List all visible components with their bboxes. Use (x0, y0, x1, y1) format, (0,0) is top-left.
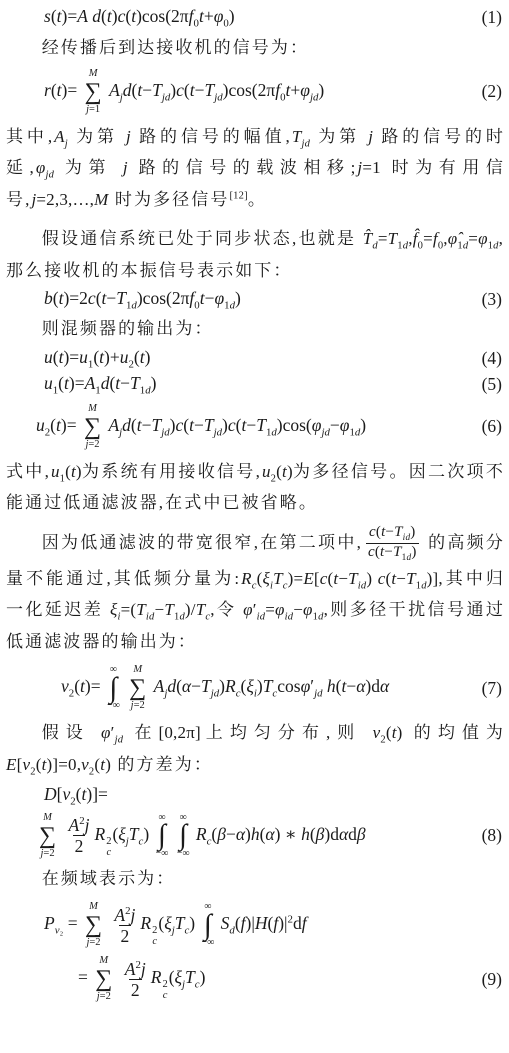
equation-8-number: (8) (482, 825, 505, 846)
equation-8-line1: D[v2(t)]= (6, 784, 505, 808)
equation-7: v2(t)= ∞∫−∞ M∑j=2 Ajd(α−Tjd)Rc(ξi)Tccosφ… (6, 664, 505, 712)
equation-9-line2: = M∑j=2 A2j2R2c(ξjTc) (9) (6, 955, 505, 1003)
paragraph-lowpass-narrowband: 因为低通滤波的带宽很窄,在第二项中,c(t−Tid)c(t−T1d) 的高频分量… (6, 524, 505, 657)
equation-8-lhs: D[v2(t)]= (44, 784, 108, 808)
equation-7-formula: v2(t)= ∞∫−∞ M∑j=2 Ajd(α−Tjd)Rc(ξi)Tccosφ… (61, 664, 389, 712)
paper-page: s(t)=A d(t)c(t)cos(2πf0t+φ0) (1) 经传播后到达接… (0, 0, 509, 1004)
paragraph-received-signal-intro: 经传播后到达接收机的信号为： (6, 33, 505, 62)
paragraph-useful-vs-multipath: 式中,u1(t)为系统有用接收信号,u2(t)为多径信号。因二次项不能通过低通滤… (6, 457, 505, 518)
equation-5-formula: u1(t)=A1d(t−T1d) (44, 373, 156, 397)
equation-3-number: (3) (482, 289, 505, 310)
equation-1: s(t)=A d(t)c(t)cos(2πf0t+φ0) (1) (6, 6, 505, 30)
equation-2-number: (2) (482, 81, 505, 102)
equation-7-number: (7) (482, 678, 505, 699)
paragraph-frequency-domain-intro: 在频域表示为： (6, 864, 505, 893)
equation-6: u2(t)= M∑j=2 Ajd(t−Tjd)c(t−Tjd)c(t−T1d)c… (6, 403, 505, 451)
equation-1-formula: s(t)=A d(t)c(t)cos(2πf0t+φ0) (44, 6, 235, 30)
equation-9-formula-line1: Pv₂ = M∑j=2 A2j2R2c(ξjTc) ∞∫−∞ Sd(f)|H(f… (44, 901, 307, 949)
equation-8-formula: M∑j=2 A2j2R2c(ξjTc) ∞∫−∞ ∞∫−∞ Rc(β−α)h(α… (36, 812, 366, 860)
equation-2-formula: r(t)= M∑j=1 Ajd(t−Tjd)c(t−Tjd)cos(2πf0t+… (44, 68, 324, 116)
equation-4-number: (4) (482, 348, 505, 369)
equation-4-formula: u(t)=u1(t)+u2(t) (44, 347, 150, 371)
equation-4: u(t)=u1(t)+u2(t) (4) (6, 347, 505, 371)
equation-8-line2: M∑j=2 A2j2R2c(ξjTc) ∞∫−∞ ∞∫−∞ Rc(β−α)h(α… (6, 812, 505, 860)
equation-3: b(t)=2c(t−T1d)cos(2πf0t−φ1d) (3) (6, 288, 505, 312)
equation-5-number: (5) (482, 374, 505, 395)
equation-3-formula: b(t)=2c(t−T1d)cos(2πf0t−φ1d) (44, 288, 241, 312)
paragraph-mixer-output-intro: 则混频器的输出为： (6, 314, 505, 343)
equation-9-line1: Pv₂ = M∑j=2 A2j2R2c(ξjTc) ∞∫−∞ Sd(f)|H(f… (6, 901, 505, 949)
equation-9-formula-line2: = M∑j=2 A2j2R2c(ξjTc) (78, 955, 205, 1003)
paragraph-sync-assumption: 假设通信系统已处于同步状态,也就是 T̂d=T1d,f̂0=f0,φ̂1d=φ1… (6, 224, 505, 285)
equation-2: r(t)= M∑j=1 Ajd(t−Tjd)c(t−Tjd)cos(2πf0t+… (6, 68, 505, 116)
equation-9-number: (9) (482, 969, 505, 990)
paragraph-uniform-distribution: 假设 φ′jd 在[0,2π]上均匀分布,则 v2(t) 的均值为 E[v2(t… (6, 718, 505, 781)
paragraph-symbol-definitions: 其中,Aj 为第 j 路的信号的幅值,Tjd 为第 j 路的信号的时延,φjd … (6, 122, 505, 214)
equation-6-formula: u2(t)= M∑j=2 Ajd(t−Tjd)c(t−Tjd)c(t−T1d)c… (36, 403, 366, 451)
equation-1-number: (1) (482, 7, 505, 28)
equation-6-number: (6) (482, 416, 505, 437)
equation-5: u1(t)=A1d(t−T1d) (5) (6, 373, 505, 397)
